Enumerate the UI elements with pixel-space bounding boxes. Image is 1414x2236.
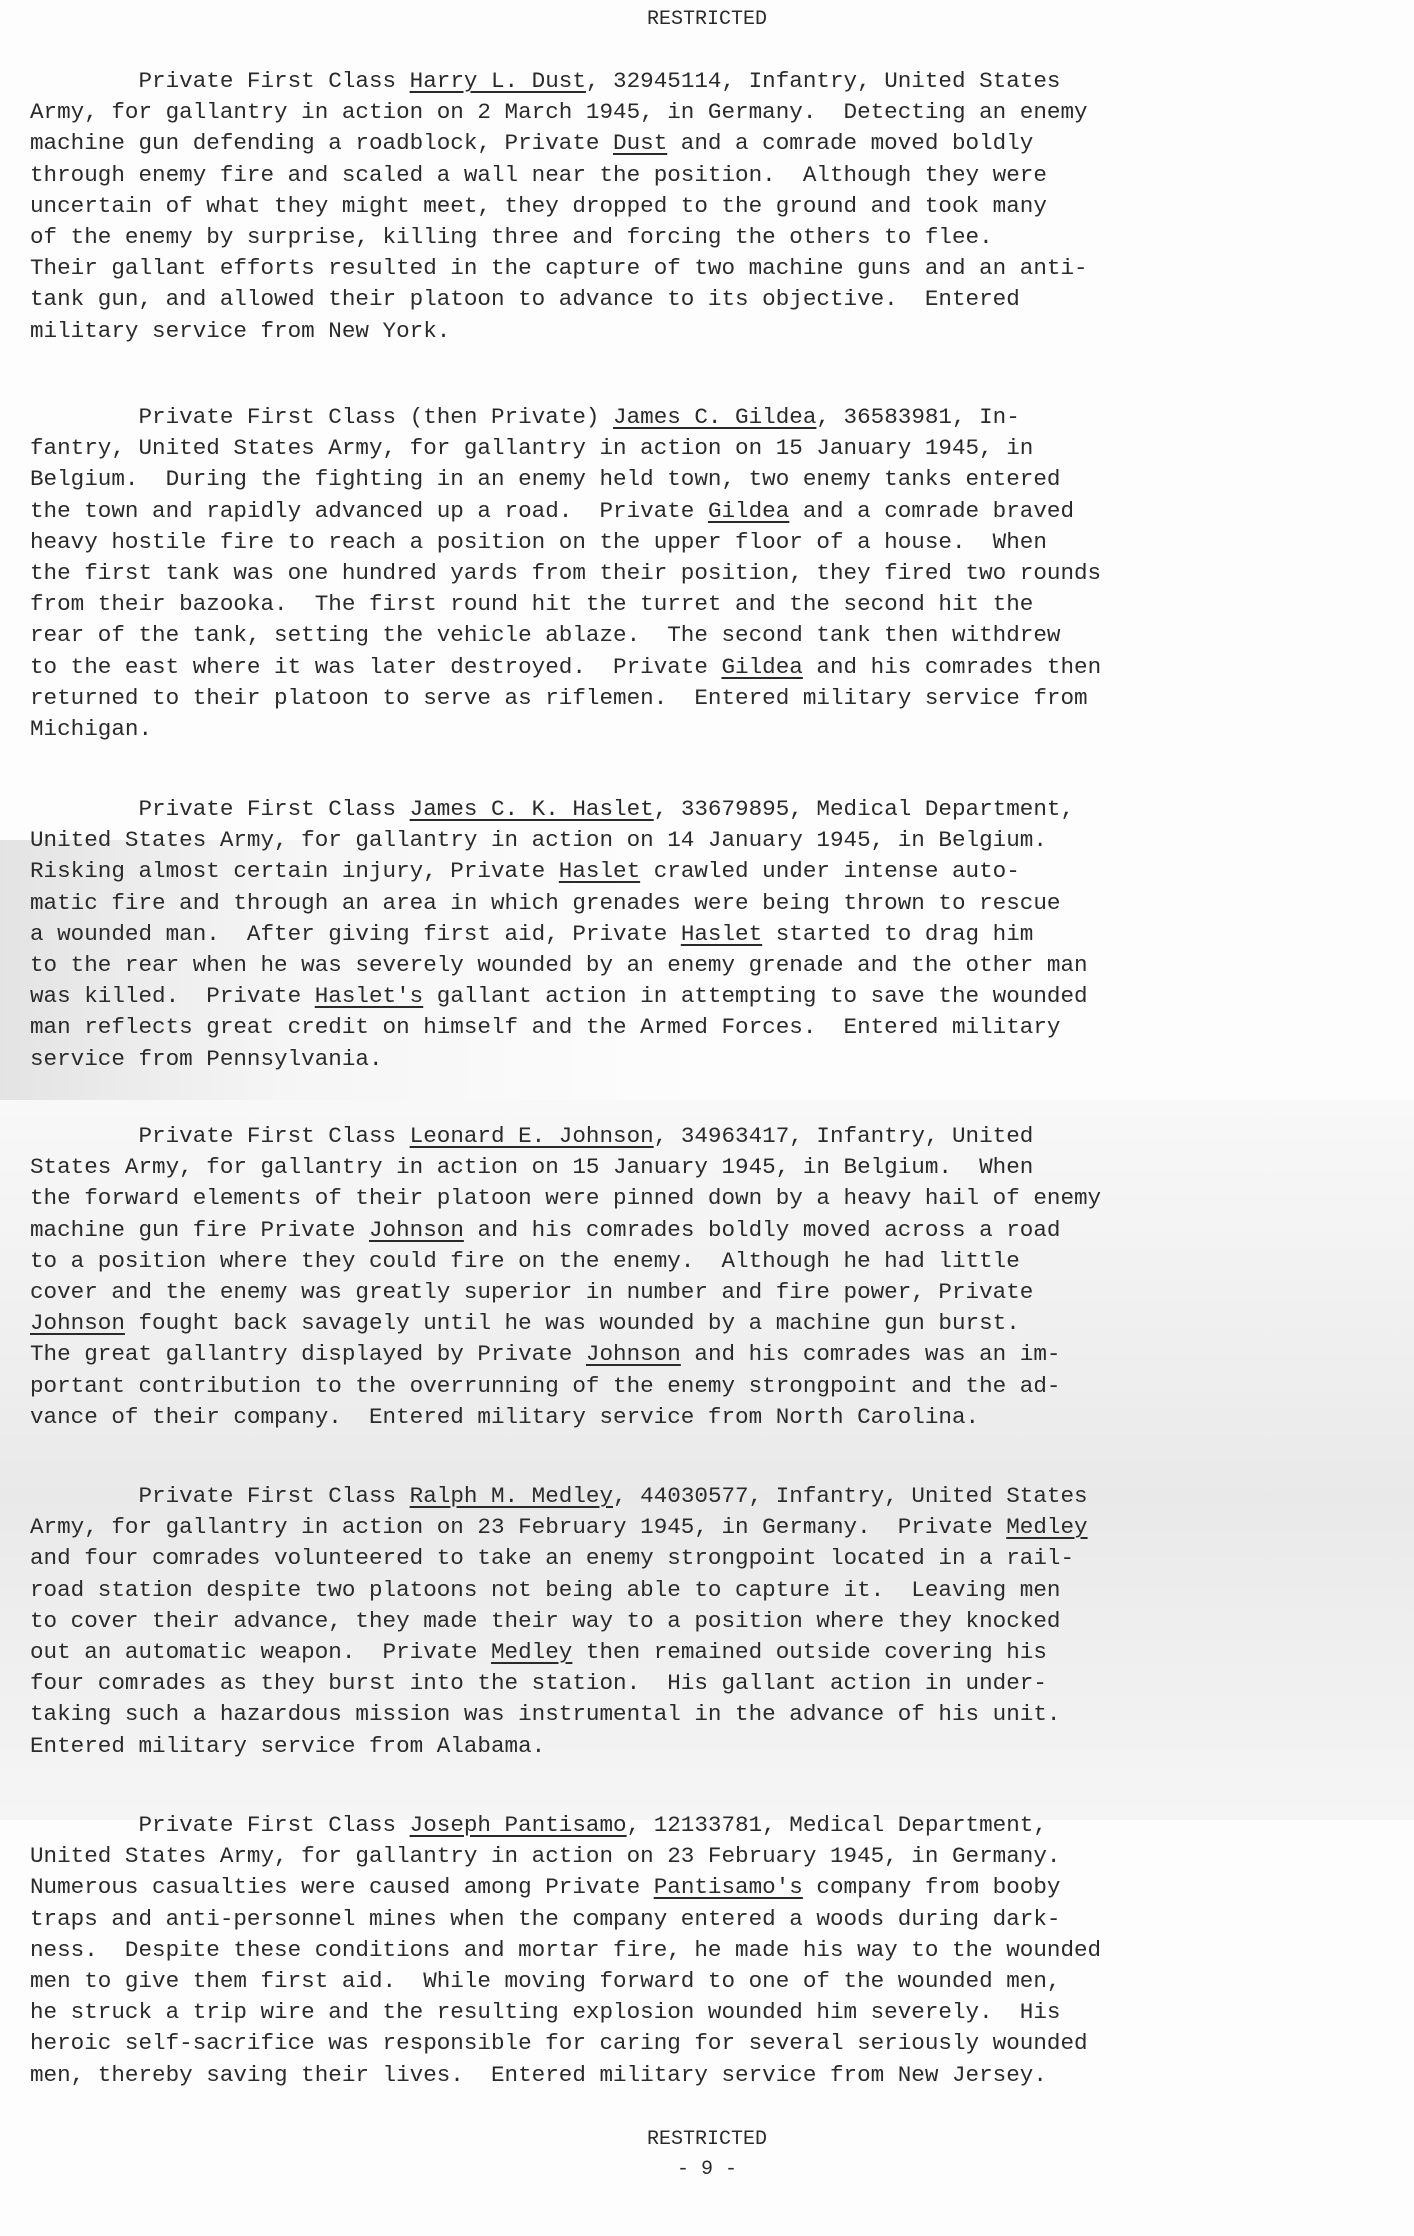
underlined-name: Ralph M. Medley — [410, 1483, 613, 1509]
citation-leonard-e-johnson: Private First Class Leonard E. Johnson, … — [30, 1121, 1400, 1433]
underlined-name: Haslet's — [315, 983, 423, 1009]
text-line: matic fire and through an area in which … — [30, 888, 1400, 919]
underlined-name: Dust — [613, 130, 667, 156]
underlined-name: Haslet — [559, 858, 640, 884]
classification-footer: RESTRICTED — [0, 2128, 1414, 2151]
text-line: rear of the tank, setting the vehicle ab… — [30, 620, 1400, 651]
underlined-name: Haslet — [681, 921, 762, 947]
text-line: of the enemy by surprise, killing three … — [30, 222, 1400, 253]
text-line: men, thereby saving their lives. Entered… — [30, 2060, 1400, 2091]
text-line: machine gun fire Private Johnson and his… — [30, 1215, 1400, 1246]
text-line: Private First Class Harry L. Dust, 32945… — [30, 66, 1400, 97]
citation-james-c-gildea: Private First Class (then Private) James… — [30, 402, 1400, 745]
text-line: road station despite two platoons not be… — [30, 1575, 1400, 1606]
text-line: men to give them first aid. While moving… — [30, 1966, 1400, 1997]
text-line: and four comrades volunteered to take an… — [30, 1543, 1400, 1574]
classification-header: RESTRICTED — [0, 8, 1414, 31]
text-line: through enemy fire and scaled a wall nea… — [30, 160, 1400, 191]
text-line: Belgium. During the fighting in an enemy… — [30, 464, 1400, 495]
underlined-name: James C. K. Haslet — [410, 796, 654, 822]
text-line: the town and rapidly advanced up a road.… — [30, 496, 1400, 527]
text-line: heavy hostile fire to reach a position o… — [30, 527, 1400, 558]
text-line: Army, for gallantry in action on 23 Febr… — [30, 1512, 1400, 1543]
text-line: fantry, United States Army, for gallantr… — [30, 433, 1400, 464]
underlined-name: Joseph Pantisamo — [410, 1812, 627, 1838]
text-line: Private First Class Leonard E. Johnson, … — [30, 1121, 1400, 1152]
underlined-name: Gildea — [708, 498, 789, 524]
text-line: ness. Despite these conditions and morta… — [30, 1935, 1400, 1966]
text-line: out an automatic weapon. Private Medley … — [30, 1637, 1400, 1668]
text-line: traps and anti-personnel mines when the … — [30, 1904, 1400, 1935]
underlined-name: Johnson — [369, 1217, 464, 1243]
underlined-name: Leonard E. Johnson — [410, 1123, 654, 1149]
text-line: Entered military service from Alabama. — [30, 1731, 1400, 1762]
text-line: a wounded man. After giving first aid, P… — [30, 919, 1400, 950]
text-line: Army, for gallantry in action on 2 March… — [30, 97, 1400, 128]
text-line: tank gun, and allowed their platoon to a… — [30, 284, 1400, 315]
underlined-name: Medley — [491, 1639, 572, 1665]
text-line: returned to their platoon to serve as ri… — [30, 683, 1400, 714]
text-line: Private First Class James C. K. Haslet, … — [30, 794, 1400, 825]
text-line: United States Army, for gallantry in act… — [30, 825, 1400, 856]
citation-joseph-pantisamo: Private First Class Joseph Pantisamo, 12… — [30, 1810, 1400, 2091]
text-line: military service from New York. — [30, 316, 1400, 347]
text-line: Michigan. — [30, 714, 1400, 745]
text-line: to the east where it was later destroyed… — [30, 652, 1400, 683]
citation-ralph-m-medley: Private First Class Ralph M. Medley, 440… — [30, 1481, 1400, 1762]
text-line: taking such a hazardous mission was inst… — [30, 1699, 1400, 1730]
text-line: cover and the enemy was greatly superior… — [30, 1277, 1400, 1308]
text-line: to cover their advance, they made their … — [30, 1606, 1400, 1637]
text-line: man reflects great credit on himself and… — [30, 1012, 1400, 1043]
text-line: machine gun defending a roadblock, Priva… — [30, 128, 1400, 159]
underlined-name: Harry L. Dust — [410, 68, 586, 94]
text-line: to the rear when he was severely wounded… — [30, 950, 1400, 981]
text-line: was killed. Private Haslet's gallant act… — [30, 981, 1400, 1012]
underlined-name: Pantisamo's — [654, 1874, 803, 1900]
text-line: Numerous casualties were caused among Pr… — [30, 1872, 1400, 1903]
citation-james-c-k-haslet: Private First Class James C. K. Haslet, … — [30, 794, 1400, 1075]
citation-harry-l-dust: Private First Class Harry L. Dust, 32945… — [30, 66, 1400, 347]
text-line: the forward elements of their platoon we… — [30, 1183, 1400, 1214]
text-line: to a position where they could fire on t… — [30, 1246, 1400, 1277]
text-line: vance of their company. Entered military… — [30, 1402, 1400, 1433]
text-line: heroic self-sacrifice was responsible fo… — [30, 2028, 1400, 2059]
text-line: the first tank was one hundred yards fro… — [30, 558, 1400, 589]
underlined-name: James C. Gildea — [613, 404, 816, 430]
underlined-name: Medley — [1006, 1514, 1087, 1540]
text-line: States Army, for gallantry in action on … — [30, 1152, 1400, 1183]
text-line: Private First Class Joseph Pantisamo, 12… — [30, 1810, 1400, 1841]
underlined-name: Johnson — [30, 1310, 125, 1336]
text-line: Private First Class (then Private) James… — [30, 402, 1400, 433]
underlined-name: Johnson — [586, 1341, 681, 1367]
text-line: United States Army, for gallantry in act… — [30, 1841, 1400, 1872]
text-line: portant contribution to the overrunning … — [30, 1371, 1400, 1402]
text-line: four comrades as they burst into the sta… — [30, 1668, 1400, 1699]
text-line: uncertain of what they might meet, they … — [30, 191, 1400, 222]
text-line: Private First Class Ralph M. Medley, 440… — [30, 1481, 1400, 1512]
text-line: from their bazooka. The first round hit … — [30, 589, 1400, 620]
text-line: Their gallant efforts resulted in the ca… — [30, 253, 1400, 284]
text-line: Johnson fought back savagely until he wa… — [30, 1308, 1400, 1339]
text-line: he struck a trip wire and the resulting … — [30, 1997, 1400, 2028]
text-line: The great gallantry displayed by Private… — [30, 1339, 1400, 1370]
underlined-name: Gildea — [721, 654, 802, 680]
text-line: service from Pennsylvania. — [30, 1044, 1400, 1075]
text-line: Risking almost certain injury, Private H… — [30, 856, 1400, 887]
page-number: - 9 - — [0, 2158, 1414, 2181]
